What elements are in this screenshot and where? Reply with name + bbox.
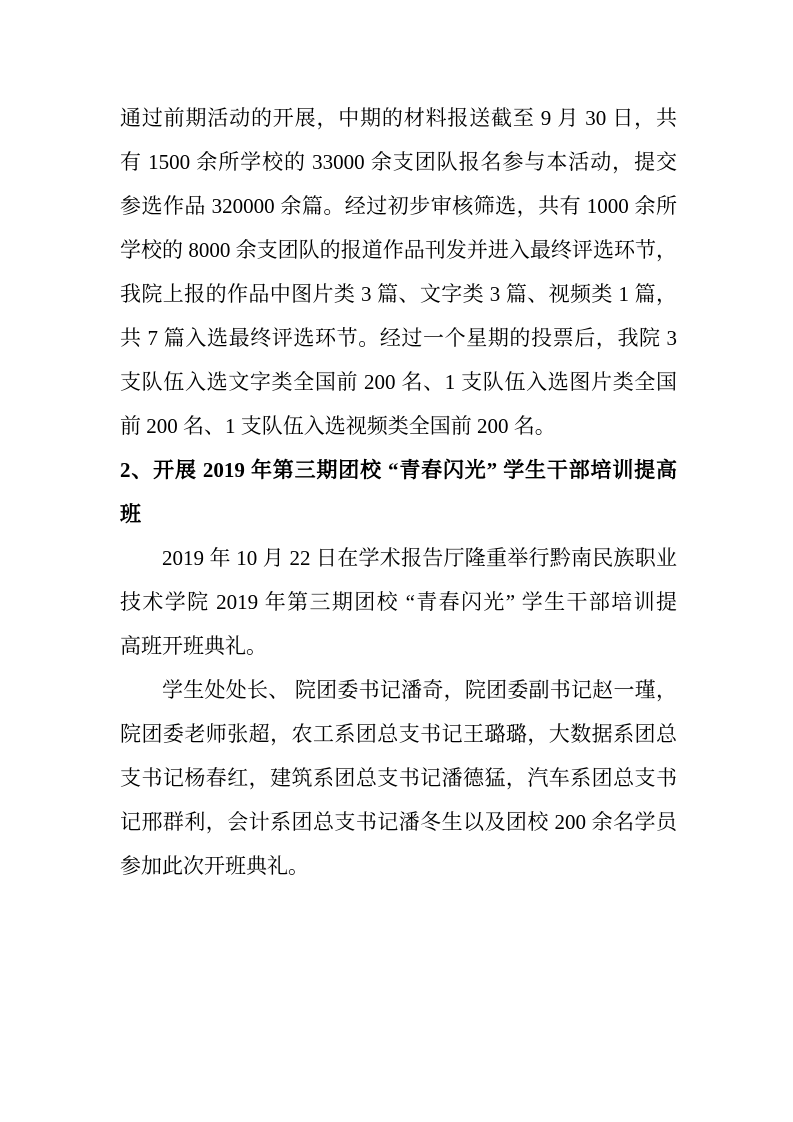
text-line: 参加此次开班典礼。 <box>120 844 677 888</box>
text-line: 技术学院 2019 年第三期团校 “青春闪光” 学生干部培训提 <box>120 580 677 624</box>
paragraph-midterm-results: 通过前期活动的开展，中期的材料报送截至 9 月 30 日，共 有 1500 余所… <box>120 96 677 448</box>
text-line: 支队伍入选文字类全国前 200 名、1 支队伍入选图片类全国 <box>120 360 677 404</box>
text-line: 学生处处长、 院团委书记潘奇，院团委副书记赵一瑾， <box>120 668 677 712</box>
text-line: 院团委老师张超，农工系团总支书记王璐璐，大数据系团总 <box>120 712 677 756</box>
text-line: 支书记杨春红，建筑系团总支书记潘德猛，汽车系团总支书 <box>120 756 677 800</box>
text-line: 2019 年 10 月 22 日在学术报告厅隆重举行黔南民族职业 <box>120 536 677 580</box>
text-line: 高班开班典礼。 <box>120 624 677 668</box>
heading-line: 2、开展 2019 年第三期团校 “青春闪光” 学生干部培训提高 <box>120 448 677 492</box>
heading-section-2: 2、开展 2019 年第三期团校 “青春闪光” 学生干部培训提高 班 <box>120 448 677 536</box>
text-line: 有 1500 余所学校的 33000 余支团队报名参与本活动，提交 <box>120 140 677 184</box>
text-line: 学校的 8000 余支团队的报道作品刊发并进入最终评选环节， <box>120 228 677 272</box>
paragraph-opening-ceremony: 2019 年 10 月 22 日在学术报告厅隆重举行黔南民族职业 技术学院 20… <box>120 536 677 668</box>
text-line: 通过前期活动的开展，中期的材料报送截至 9 月 30 日，共 <box>120 96 677 140</box>
paragraph-attendees: 学生处处长、 院团委书记潘奇，院团委副书记赵一瑾， 院团委老师张超，农工系团总支… <box>120 668 677 888</box>
heading-line: 班 <box>120 492 677 536</box>
document-page: 通过前期活动的开展，中期的材料报送截至 9 月 30 日，共 有 1500 余所… <box>0 0 793 1122</box>
text-line: 记邢群利，会计系团总支书记潘冬生以及团校 200 余名学员 <box>120 800 677 844</box>
text-line: 共 7 篇入选最终评选环节。经过一个星期的投票后，我院 3 <box>120 316 677 360</box>
text-line: 我院上报的作品中图片类 3 篇、文字类 3 篇、视频类 1 篇， <box>120 272 677 316</box>
text-line: 参选作品 320000 余篇。经过初步审核筛选，共有 1000 余所 <box>120 184 677 228</box>
text-line: 前 200 名、1 支队伍入选视频类全国前 200 名。 <box>120 404 677 448</box>
